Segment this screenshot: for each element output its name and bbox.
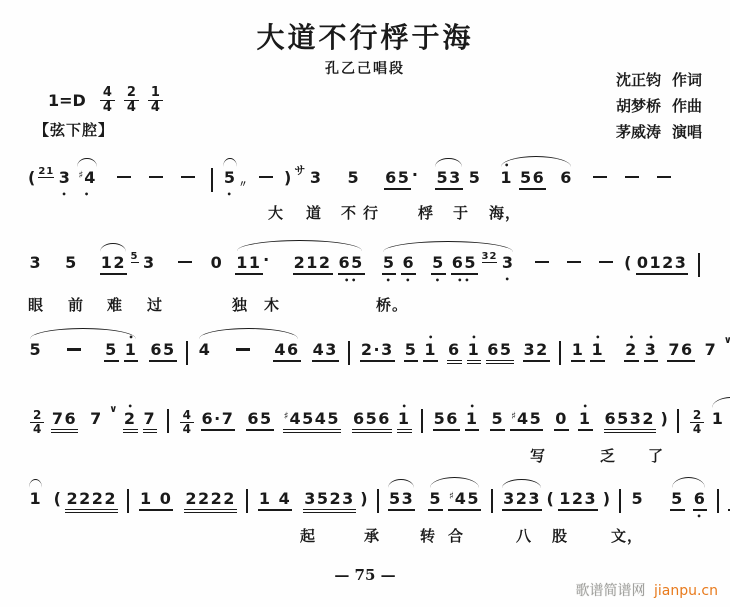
note: 46: [273, 341, 300, 362]
note: 5: [29, 341, 44, 359]
note: 76: [667, 341, 694, 362]
spacer: [661, 354, 665, 355]
spacer: [81, 267, 97, 268]
parenthesis: (: [624, 253, 631, 272]
note: 2222: [65, 490, 118, 513]
barline: [717, 489, 719, 513]
spacer: [141, 354, 147, 355]
note: 2222: [184, 490, 237, 513]
note: 1•: [397, 410, 412, 433]
lyric: 承: [364, 525, 380, 546]
time-signature: 44: [180, 409, 194, 435]
octave-dot-above: •: [467, 333, 482, 342]
octave-dot-above: •: [644, 333, 659, 342]
octave-dot-above: •: [499, 161, 514, 170]
lyric: 起: [300, 525, 316, 546]
note: 7: [704, 341, 719, 359]
note: 1•: [590, 341, 605, 362]
note: 3: [29, 254, 44, 272]
spacer: [419, 267, 429, 268]
music-line: (213•♯4•5•〃)サ3565·5351•566: [26, 168, 680, 190]
lyric: 股: [552, 525, 568, 546]
note: 5: [631, 490, 646, 508]
note: 5•: [431, 254, 446, 275]
spacer: [418, 503, 426, 504]
note: 323: [502, 490, 542, 511]
lyric: 乏: [600, 445, 616, 466]
watermark: 歌谱简谱网 jianpu.cn: [576, 580, 718, 600]
octave-dot-above: •: [578, 402, 593, 411]
time-denominator: 4: [690, 423, 704, 436]
note: 65: [384, 169, 411, 190]
note: 65: [486, 341, 513, 364]
note: 5: [404, 341, 419, 362]
note: 4: [198, 341, 213, 359]
sharp-icon: ♯: [284, 411, 289, 422]
note: 6532: [604, 410, 657, 433]
lyric: 大: [268, 202, 284, 223]
note: 5•〃: [223, 169, 238, 187]
note: 5: [64, 254, 79, 272]
slur-arc: 11·21265••: [233, 253, 368, 275]
lyric: 于: [453, 202, 469, 223]
duration-dot: ·: [263, 250, 269, 269]
octave-dot-below: •: [693, 512, 708, 521]
octave-dot-above: •: [465, 402, 480, 411]
note: 12: [100, 254, 127, 275]
note: 65••: [451, 254, 478, 275]
spacer: [159, 267, 169, 268]
barline: [619, 489, 621, 513]
parenthesis: (: [546, 489, 553, 508]
note: 53: [435, 169, 462, 190]
lyric: 合: [448, 525, 464, 546]
parenthesis: (: [54, 489, 61, 508]
octave-dot-above: •: [624, 333, 639, 342]
note: 123: [558, 490, 598, 511]
octave-dot-above: •: [590, 333, 605, 342]
spacer: [367, 267, 379, 268]
watermark-site: 歌谱简谱网: [576, 583, 646, 599]
note: 6•: [401, 254, 416, 275]
note: 2•: [624, 341, 639, 362]
lyric: 海，: [489, 202, 521, 223]
spacer: [46, 354, 58, 355]
lyric: 难: [107, 294, 123, 315]
spacer: [201, 267, 207, 268]
note: 1•: [465, 410, 480, 431]
note: 1: [711, 410, 726, 428]
grace-notes: 21: [38, 167, 54, 178]
note: 6: [447, 341, 462, 364]
barline: [491, 489, 493, 513]
octave-dot-above: •: [124, 333, 139, 342]
lyric: 八: [516, 525, 532, 546]
note: 5•: [382, 254, 397, 275]
octave-dot-below: •: [401, 276, 416, 285]
parenthesis: (: [28, 168, 35, 187]
slur-arc: 1•566: [497, 169, 577, 190]
note: 7: [143, 410, 158, 433]
note: 1 4: [258, 490, 292, 511]
parenthesis: ): [284, 168, 291, 187]
octave-dot-below: •: [223, 190, 238, 199]
note: ♯45: [510, 410, 543, 431]
note: 1: [571, 341, 586, 362]
note: 7: [89, 410, 104, 428]
time-denominator: 4: [30, 423, 44, 436]
spacer: [518, 267, 526, 268]
barline: [698, 253, 700, 277]
note: 6·7: [201, 410, 236, 431]
note: 3523: [303, 490, 356, 513]
octave-dot-above: •: [123, 402, 138, 411]
lyric: 眼: [28, 294, 44, 315]
spacer: [259, 354, 271, 355]
note: 1: [29, 490, 44, 508]
note: 5: [104, 341, 119, 362]
lyric: 前: [68, 294, 84, 315]
dash-note: [259, 176, 273, 179]
spacer: [546, 423, 552, 424]
note: 212: [293, 254, 333, 275]
octave-dot-above: •: [397, 402, 412, 411]
spacer: [697, 354, 701, 355]
spacer: [687, 503, 690, 504]
lyric: 桥。: [376, 294, 408, 315]
lyric: 道: [306, 202, 322, 223]
note: ♯4545: [283, 410, 341, 433]
spacer: [100, 182, 108, 183]
note: 1•: [124, 341, 139, 362]
octave-dot-below: •: [77, 190, 97, 199]
octave-dot-above: •: [423, 333, 438, 342]
lyric: 文，: [611, 525, 643, 546]
note: ♯45: [448, 490, 481, 511]
note: 3: [309, 169, 324, 187]
spacer: [595, 423, 601, 424]
lyric: 了: [648, 445, 664, 466]
note: 6•: [693, 490, 708, 511]
note: 0: [210, 254, 225, 272]
spacer: [549, 182, 557, 183]
octave-dot-below: ••: [338, 276, 365, 285]
note: 1•: [499, 169, 514, 187]
dash-note: [117, 176, 131, 179]
note: 1•: [423, 341, 438, 362]
dash-note: [149, 176, 163, 179]
note: 56: [433, 410, 460, 431]
music-line: 351253011·21265••5•6•5•65••323•(0123: [26, 253, 707, 275]
lyric: 写: [530, 445, 546, 466]
time-numerator: 4: [180, 409, 194, 423]
spacer: [326, 182, 344, 183]
note: 5: [670, 490, 685, 511]
music-line: 551•65446432·351•61•653211•2•3•767∨56: [26, 341, 730, 363]
note: 5: [346, 169, 361, 187]
note: 32: [523, 341, 550, 362]
spacer: [81, 423, 87, 424]
spacer: [485, 182, 497, 183]
spacer: [295, 503, 301, 504]
time-denominator: 4: [180, 423, 194, 436]
spacer: [571, 423, 575, 424]
slur-arc: 446: [195, 341, 303, 362]
slur-arc: 5♯45: [426, 490, 484, 511]
lyric: 转: [420, 525, 436, 546]
octave-dot-below: •: [58, 190, 73, 199]
note: 53: [388, 490, 415, 511]
spacer: [648, 503, 668, 504]
lyric: 不: [341, 202, 357, 223]
slide-mark: 〃: [238, 180, 247, 190]
parenthesis: ): [661, 409, 668, 428]
ornament-symbol: サ: [294, 162, 305, 178]
grace-notes: 32: [482, 252, 498, 263]
music-line: 1(22221 022221 43523)535♯45323(123)556•1…: [26, 489, 730, 511]
spacer: [344, 423, 350, 424]
slur-arc: 5•6•5•65••323•: [379, 254, 518, 275]
note: 6: [559, 169, 574, 187]
spacer: [238, 423, 244, 424]
note: 3•: [58, 169, 73, 187]
time-numerator: 2: [690, 409, 704, 423]
spacer: [46, 503, 52, 504]
spacer: [482, 423, 488, 424]
lyric: 桴: [418, 202, 434, 223]
dash-note: [593, 176, 607, 179]
music-line: 24767∨2•7446·765♯45456561•561•5♯4501•653…: [26, 409, 730, 431]
parenthesis: ): [603, 489, 610, 508]
barline: [421, 409, 423, 433]
breath-mark-icon: ∨: [724, 335, 730, 346]
lyric: 独: [232, 294, 248, 315]
note: 3: [142, 254, 157, 272]
barline: [127, 489, 129, 513]
octave-dot-below: •: [501, 275, 516, 284]
note: 0123: [636, 254, 689, 275]
note: 56: [519, 169, 546, 190]
note: 0: [554, 410, 569, 431]
note: 656: [352, 410, 392, 433]
note: 3•: [644, 341, 659, 362]
note: ♯4•: [77, 169, 97, 187]
note: 2·3: [360, 341, 395, 362]
note: 1•: [578, 410, 593, 431]
lyric: 木: [264, 294, 280, 315]
note: 65: [246, 410, 273, 431]
dash-note: [567, 261, 581, 264]
time-signature: 24: [30, 409, 44, 435]
note: 65: [149, 341, 176, 362]
score: (213•♯4•5•〃)サ3565·5351•566大道不行桴于海，351253…: [0, 0, 730, 607]
slur-arc: 56•: [668, 490, 710, 511]
barline: [348, 341, 350, 365]
octave-dot-below: ••: [451, 276, 478, 285]
barline: [167, 409, 169, 433]
spacer: [176, 503, 182, 504]
spacer: [419, 182, 433, 183]
note: 11: [235, 254, 262, 275]
dash-note: [657, 176, 671, 179]
barline: [246, 489, 248, 513]
barline: [559, 341, 561, 365]
note: 5: [428, 490, 443, 511]
spacer: [608, 354, 622, 355]
dash-note: [178, 261, 192, 264]
dash-note: [236, 348, 250, 351]
barline: [186, 341, 188, 365]
slur-arc: 16•: [708, 410, 730, 428]
barline: [377, 489, 379, 513]
note: 3•: [501, 254, 516, 272]
barline: [677, 409, 679, 433]
octave-dot-below: •: [382, 276, 397, 285]
dash-note: [181, 176, 195, 179]
time-numerator: 2: [30, 409, 44, 423]
note: 5: [490, 410, 505, 431]
spacer: [364, 182, 382, 183]
spacer: [215, 354, 227, 355]
dash-note: [67, 348, 81, 351]
duration-dot: ·: [412, 165, 418, 184]
dash-note: [625, 176, 639, 179]
spacer: [276, 423, 280, 424]
note: 5: [468, 169, 483, 187]
note: 2•: [123, 410, 138, 433]
lyric: 行: [363, 202, 379, 223]
slur-arc: 551•: [26, 341, 141, 362]
note: 76: [51, 410, 78, 433]
dash-note: [599, 261, 613, 264]
sharp-icon: ♯: [78, 170, 83, 181]
sheet-music-page: 大道不行桴于海 孔乙己唱段 1=D 4 4 2 4 1 4 【弦下腔】 沈正钧作…: [0, 0, 730, 607]
spacer: [440, 354, 444, 355]
spacer: [397, 354, 401, 355]
spacer: [90, 354, 102, 355]
note: 1 0: [139, 490, 173, 511]
octave-dot-below: •: [431, 276, 446, 285]
grace-notes: 5: [131, 252, 139, 263]
time-signature: 24: [690, 409, 704, 435]
sharp-icon: ♯: [511, 411, 516, 422]
spacer: [516, 354, 520, 355]
note: 43: [312, 341, 339, 362]
sharp-icon: ♯: [449, 491, 454, 502]
spacer: [46, 267, 62, 268]
spacer: [576, 182, 584, 183]
watermark-url: jianpu.cn: [654, 583, 718, 599]
note: 65••: [338, 254, 365, 275]
spacer: [270, 267, 290, 268]
parenthesis: ): [360, 489, 367, 508]
dash-note: [535, 261, 549, 264]
breath-mark-icon: ∨: [109, 404, 117, 415]
barline: [211, 168, 213, 192]
note: 1•: [467, 341, 482, 364]
spacer: [303, 354, 309, 355]
lyric: 过: [147, 294, 163, 315]
